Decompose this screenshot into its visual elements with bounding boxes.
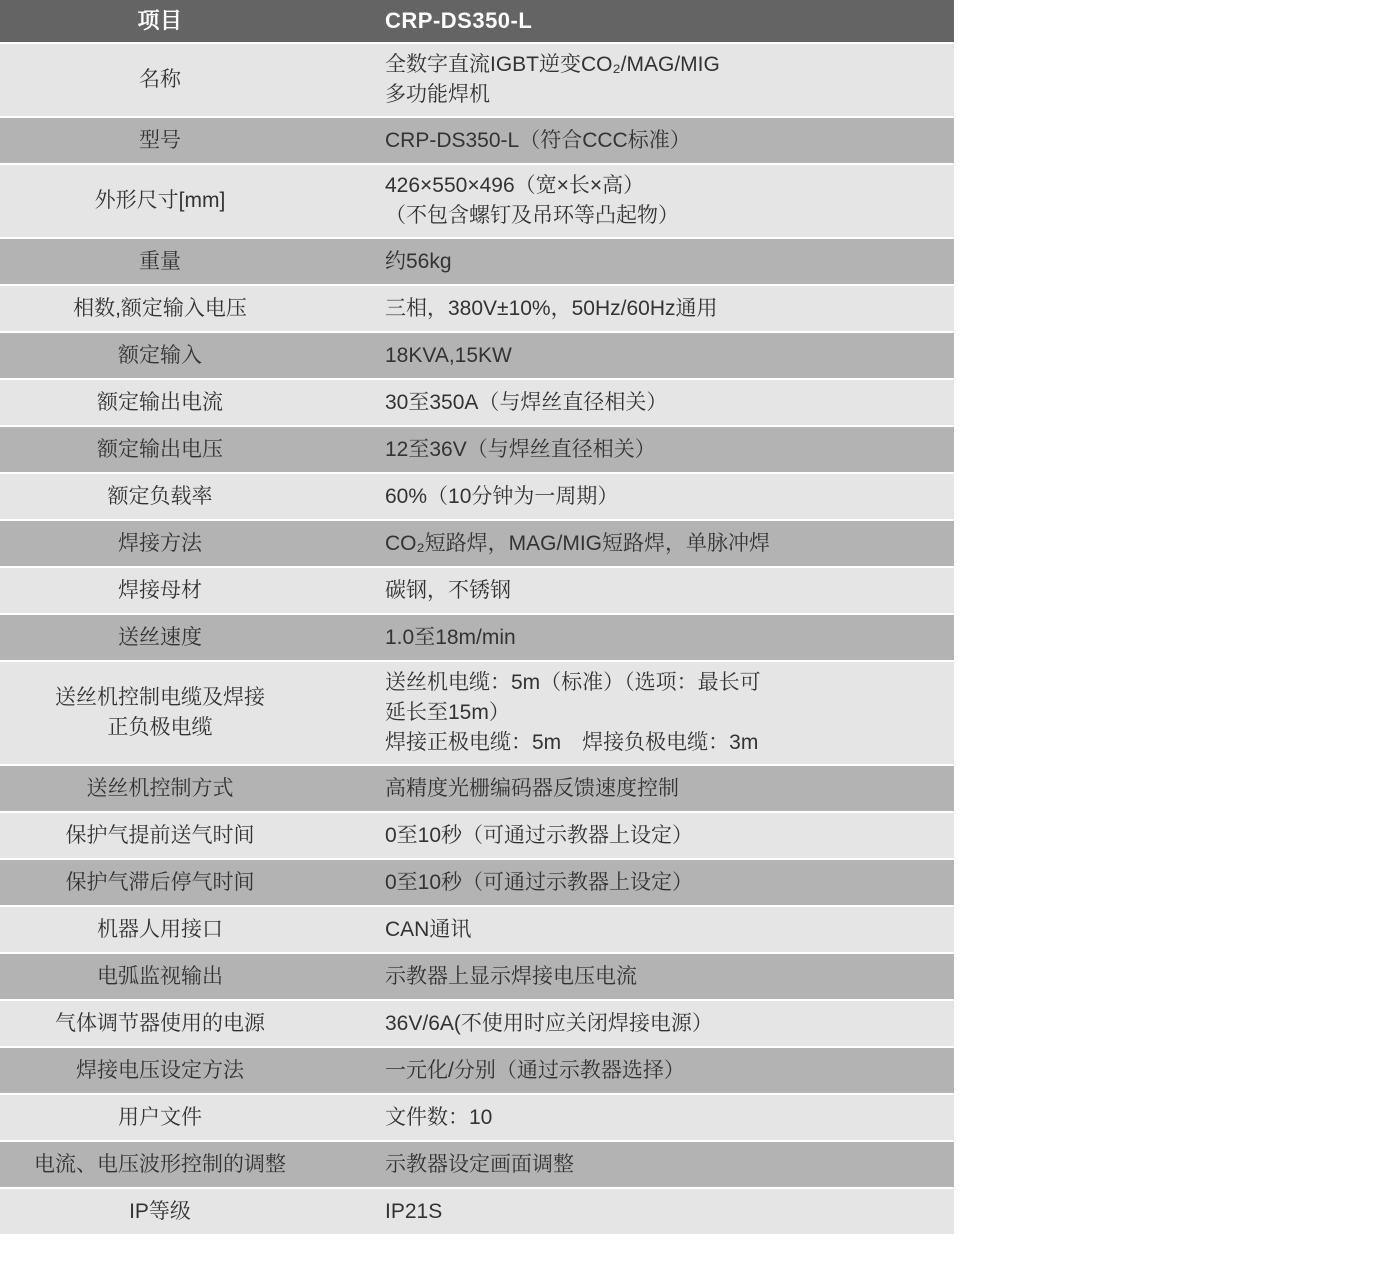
row-label: 送丝速度 xyxy=(0,615,320,660)
label-line: 焊接母材 xyxy=(118,576,202,606)
value-line: 0至10秒（可通过示教器上设定） xyxy=(385,821,693,851)
table-row: 电流、电压波形控制的调整 示教器设定画面调整 xyxy=(0,1142,954,1187)
label-line: 焊接方法 xyxy=(118,529,202,559)
label-line: 焊接电压设定方法 xyxy=(76,1056,244,1086)
table-row: 送丝机控制方式 高精度光栅编码器反馈速度控制 xyxy=(0,766,954,811)
label-line: 相数,额定输入电压 xyxy=(73,294,247,324)
row-value: 全数字直流IGBT逆变CO₂/MAG/MIG多功能焊机 xyxy=(320,44,954,116)
value-line: 一元化/分别（通过示教器选择） xyxy=(385,1056,685,1086)
row-label: 名称 xyxy=(0,44,320,116)
header-item-cell: 项目 xyxy=(0,0,320,42)
table-row: 相数,额定输入电压 三相，380V±10%，50Hz/60Hz通用 xyxy=(0,286,954,331)
label-line: 正负极电缆 xyxy=(108,713,213,743)
value-line: 碳钢，不锈钢 xyxy=(385,576,511,606)
row-value: 0至10秒（可通过示教器上设定） xyxy=(320,813,954,858)
table-row: 型号 CRP-DS350-L（符合CCC标准） xyxy=(0,118,954,163)
table-row: 焊接母材 碳钢，不锈钢 xyxy=(0,568,954,613)
row-value: CRP-DS350-L（符合CCC标准） xyxy=(320,118,954,163)
table-row: 额定输出电压 12至36V（与焊丝直径相关） xyxy=(0,427,954,472)
table-row: 送丝速度 1.0至18m/min xyxy=(0,615,954,660)
label-line: IP等级 xyxy=(129,1197,191,1227)
row-value: 36V/6A(不使用时应关闭焊接电源） xyxy=(320,1001,954,1046)
row-label: 焊接电压设定方法 xyxy=(0,1048,320,1093)
table-row: 额定输出电流 30至350A（与焊丝直径相关） xyxy=(0,380,954,425)
row-value: 426×550×496（宽×长×高）（不包含螺钉及吊环等凸起物） xyxy=(320,165,954,237)
table-row: 焊接方法 CO₂短路焊，MAG/MIG短路焊，单脉冲焊 xyxy=(0,521,954,566)
row-label: 电弧监视输出 xyxy=(0,954,320,999)
label-line: 额定负载率 xyxy=(108,482,213,512)
row-value: 12至36V（与焊丝直径相关） xyxy=(320,427,954,472)
value-line: CRP-DS350-L（符合CCC标准） xyxy=(385,126,691,156)
row-value: 约56kg xyxy=(320,239,954,284)
label-line: 送丝机控制电缆及焊接 xyxy=(55,683,265,713)
value-line: （不包含螺钉及吊环等凸起物） xyxy=(385,201,679,231)
table-row: 保护气滞后停气时间 0至10秒（可通过示教器上设定） xyxy=(0,860,954,905)
label-line: 重量 xyxy=(139,247,181,277)
row-value: CAN通讯 xyxy=(320,907,954,952)
label-line: 送丝机控制方式 xyxy=(87,774,234,804)
label-line: 送丝速度 xyxy=(118,623,202,653)
row-value: 送丝机电缆：5m（标准）（选项：最长可延长至15m）焊接正极电缆：5m 焊接负极… xyxy=(320,662,954,764)
row-value: 三相，380V±10%，50Hz/60Hz通用 xyxy=(320,286,954,331)
label-line: 名称 xyxy=(139,65,181,95)
header-model-cell: CRP-DS350-L xyxy=(320,0,954,42)
row-value: 示教器上显示焊接电压电流 xyxy=(320,954,954,999)
row-value: 一元化/分别（通过示教器选择） xyxy=(320,1048,954,1093)
row-label: 额定输出电压 xyxy=(0,427,320,472)
row-value: 高精度光栅编码器反馈速度控制 xyxy=(320,766,954,811)
label-line: 机器人用接口 xyxy=(97,915,223,945)
value-line: 18KVA,15KW xyxy=(385,341,512,371)
value-line: 30至350A（与焊丝直径相关） xyxy=(385,388,667,418)
value-line: 高精度光栅编码器反馈速度控制 xyxy=(385,774,679,804)
row-label: IP等级 xyxy=(0,1189,320,1234)
label-line: 额定输出电流 xyxy=(97,388,223,418)
table-row: 用户文件 文件数：10 xyxy=(0,1095,954,1140)
row-label: 焊接方法 xyxy=(0,521,320,566)
value-line: 三相，380V±10%，50Hz/60Hz通用 xyxy=(385,294,717,324)
row-label: 保护气滞后停气时间 xyxy=(0,860,320,905)
row-value: 18KVA,15KW xyxy=(320,333,954,378)
label-line: 保护气提前送气时间 xyxy=(66,821,255,851)
table-row: 额定输入 18KVA,15KW xyxy=(0,333,954,378)
row-label: 额定负载率 xyxy=(0,474,320,519)
row-label: 外形尺寸[mm] xyxy=(0,165,320,237)
value-line: 60%（10分钟为一周期） xyxy=(385,482,618,512)
table-header-row: 项目 CRP-DS350-L xyxy=(0,0,954,42)
table-row: 名称 全数字直流IGBT逆变CO₂/MAG/MIG多功能焊机 xyxy=(0,44,954,116)
row-label: 保护气提前送气时间 xyxy=(0,813,320,858)
value-line: 全数字直流IGBT逆变CO₂/MAG/MIG xyxy=(385,50,720,80)
value-line: 约56kg xyxy=(385,247,452,277)
row-value: 1.0至18m/min xyxy=(320,615,954,660)
table-row: 机器人用接口 CAN通讯 xyxy=(0,907,954,952)
table-body: 名称 全数字直流IGBT逆变CO₂/MAG/MIG多功能焊机 型号 CRP-DS… xyxy=(0,44,954,1234)
row-value: 文件数：10 xyxy=(320,1095,954,1140)
label-line: 电流、电压波形控制的调整 xyxy=(34,1150,286,1180)
label-line: 外形尺寸[mm] xyxy=(95,186,226,216)
label-line: 保护气滞后停气时间 xyxy=(66,868,255,898)
table-row: 气体调节器使用的电源 36V/6A(不使用时应关闭焊接电源） xyxy=(0,1001,954,1046)
row-value: CO₂短路焊，MAG/MIG短路焊，单脉冲焊 xyxy=(320,521,954,566)
table-row: IP等级 IP21S xyxy=(0,1189,954,1234)
value-line: 延长至15m） xyxy=(385,698,510,728)
row-value: 60%（10分钟为一周期） xyxy=(320,474,954,519)
label-line: 用户文件 xyxy=(118,1103,202,1133)
row-label: 型号 xyxy=(0,118,320,163)
row-label: 额定输入 xyxy=(0,333,320,378)
value-line: 0至10秒（可通过示教器上设定） xyxy=(385,868,693,898)
row-label: 重量 xyxy=(0,239,320,284)
row-label: 送丝机控制电缆及焊接正负极电缆 xyxy=(0,662,320,764)
value-line: 文件数：10 xyxy=(385,1103,492,1133)
table-row: 保护气提前送气时间 0至10秒（可通过示教器上设定） xyxy=(0,813,954,858)
spec-page: 项目 CRP-DS350-L 名称 全数字直流IGBT逆变CO₂/MAG/MIG… xyxy=(0,0,1400,1263)
label-line: 气体调节器使用的电源 xyxy=(55,1009,265,1039)
value-line: 多功能焊机 xyxy=(385,80,490,110)
value-line: 示教器设定画面调整 xyxy=(385,1150,574,1180)
value-line: CO₂短路焊，MAG/MIG短路焊，单脉冲焊 xyxy=(385,529,770,559)
label-line: 电弧监视输出 xyxy=(97,962,223,992)
row-label: 气体调节器使用的电源 xyxy=(0,1001,320,1046)
value-line: 1.0至18m/min xyxy=(385,623,516,653)
value-line: 426×550×496（宽×长×高） xyxy=(385,171,644,201)
row-label: 焊接母材 xyxy=(0,568,320,613)
row-label: 送丝机控制方式 xyxy=(0,766,320,811)
value-line: 12至36V（与焊丝直径相关） xyxy=(385,435,656,465)
label-line: 额定输入 xyxy=(118,341,202,371)
spec-table: 项目 CRP-DS350-L 名称 全数字直流IGBT逆变CO₂/MAG/MIG… xyxy=(0,0,954,1236)
value-line: IP21S xyxy=(385,1197,442,1227)
table-row: 送丝机控制电缆及焊接正负极电缆 送丝机电缆：5m（标准）（选项：最长可延长至15… xyxy=(0,662,954,764)
row-label: 用户文件 xyxy=(0,1095,320,1140)
row-label: 电流、电压波形控制的调整 xyxy=(0,1142,320,1187)
value-line: 示教器上显示焊接电压电流 xyxy=(385,962,637,992)
table-row: 外形尺寸[mm] 426×550×496（宽×长×高）（不包含螺钉及吊环等凸起物… xyxy=(0,165,954,237)
row-value: 30至350A（与焊丝直径相关） xyxy=(320,380,954,425)
row-value: IP21S xyxy=(320,1189,954,1234)
row-value: 0至10秒（可通过示教器上设定） xyxy=(320,860,954,905)
table-row: 重量 约56kg xyxy=(0,239,954,284)
label-line: 额定输出电压 xyxy=(97,435,223,465)
row-label: 额定输出电流 xyxy=(0,380,320,425)
value-line: 36V/6A(不使用时应关闭焊接电源） xyxy=(385,1009,713,1039)
value-line: 送丝机电缆：5m（标准）（选项：最长可 xyxy=(385,668,761,698)
row-value: 示教器设定画面调整 xyxy=(320,1142,954,1187)
row-value: 碳钢，不锈钢 xyxy=(320,568,954,613)
table-row: 焊接电压设定方法 一元化/分别（通过示教器选择） xyxy=(0,1048,954,1093)
label-line: 型号 xyxy=(139,126,181,156)
value-line: CAN通讯 xyxy=(385,915,471,945)
table-row: 电弧监视输出 示教器上显示焊接电压电流 xyxy=(0,954,954,999)
value-line: 焊接正极电缆：5m 焊接负极电缆：3m xyxy=(385,728,758,758)
table-row: 额定负载率 60%（10分钟为一周期） xyxy=(0,474,954,519)
row-label: 机器人用接口 xyxy=(0,907,320,952)
row-label: 相数,额定输入电压 xyxy=(0,286,320,331)
